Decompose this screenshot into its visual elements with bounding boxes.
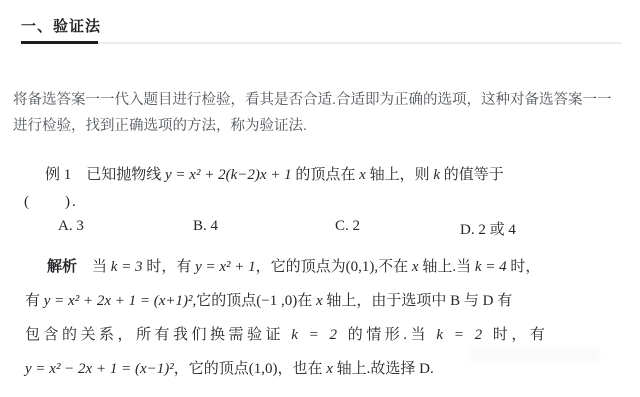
text-run: 时，	[507, 259, 541, 275]
math-expression: x	[412, 259, 419, 275]
math-expression: k = 3	[111, 259, 143, 275]
math-expression: y = x² + 2x + 1 = (x+1)²	[44, 293, 193, 309]
math-expression: k = 4	[475, 259, 507, 275]
section-title: 一、验证法	[21, 15, 101, 36]
text-run: 时，有	[486, 327, 549, 343]
intro-line-2: 进行检验，找到正确选项的方法，称为验证法.	[13, 113, 632, 139]
text-run: 轴上，由于选项中 B 与 D 有	[323, 293, 513, 309]
analysis-line-1: 解析 当 k = 3 时，有 y = x² + 1，它的顶点为(0,1),不在 …	[13, 250, 632, 284]
text-run: 例 1 已知抛物线	[45, 167, 165, 183]
intro-line-1: 将备选答案一一代入题目进行检验，看其是否合适.合适即为正确的选项，这种对备选答案…	[13, 87, 632, 113]
analysis-line-2: 有 y = x² + 2x + 1 = (x+1)²,它的顶点(−1 ,0)在 …	[13, 284, 632, 318]
document-page: 一、验证法 将备选答案一一代入题目进行检验，看其是否合适.合适即为正确的选项，这…	[0, 0, 640, 397]
text-run: ，它的顶点(1,0)，也在	[174, 361, 327, 377]
answer-blank: ( ).	[24, 190, 78, 211]
title-underline-accent	[21, 41, 98, 44]
analysis-line-3: 包含的关系，所有我们换需验证 k = 2 的情形.当 k = 2 时，有	[13, 318, 632, 352]
text-run: ，它的顶点为(0,1),不在	[256, 259, 412, 275]
option-a: A. 3	[58, 218, 193, 239]
text-run: 时，有	[143, 259, 196, 275]
text-run: 当	[77, 259, 111, 275]
label-text: 解析	[47, 259, 77, 275]
option-b: B. 4	[193, 218, 335, 239]
analysis-block: 解析 当 k = 3 时，有 y = x² + 1，它的顶点为(0,1),不在 …	[13, 250, 632, 386]
option-c: C. 2	[335, 218, 460, 239]
text-run: 包含的关系，所有我们换需验证	[25, 327, 291, 343]
text-run: 的值等于	[440, 167, 504, 183]
option-d: D. 2 或 4	[460, 218, 632, 239]
math-expression: k = 2	[291, 327, 340, 343]
math-expression: x	[316, 293, 323, 309]
text-run: 的顶点在	[292, 167, 360, 183]
text-run: 有	[25, 293, 44, 309]
math-expression: y = x² + 2(k−2)x + 1	[165, 167, 292, 183]
options-row: A. 3 B. 4 C. 2 D. 2 或 4	[13, 218, 632, 239]
math-expression: x	[359, 167, 366, 183]
text-run: ,它的顶点(−1 ,0)在	[193, 293, 316, 309]
text-run: 轴上，则	[366, 167, 434, 183]
math-expression: x	[326, 361, 333, 377]
title-underline	[21, 42, 622, 44]
text-run: 轴上.故选择 D.	[333, 361, 434, 377]
watermark-remnant	[470, 348, 600, 362]
text-run: 的情形.当	[341, 327, 437, 343]
example-question: 例 1 已知抛物线 y = x² + 2(k−2)x + 1 的顶点在 x 轴上…	[13, 163, 504, 184]
intro-paragraph: 将备选答案一一代入题目进行检验，看其是否合适.合适即为正确的选项，这种对备选答案…	[13, 87, 632, 139]
math-expression: y = x² − 2x + 1 = (x−1)²	[25, 361, 174, 377]
math-expression: y = x² + 1	[195, 259, 256, 275]
text-run: 轴上.当	[419, 259, 475, 275]
math-expression: k = 2	[436, 327, 485, 343]
math-expression: k	[433, 167, 440, 183]
